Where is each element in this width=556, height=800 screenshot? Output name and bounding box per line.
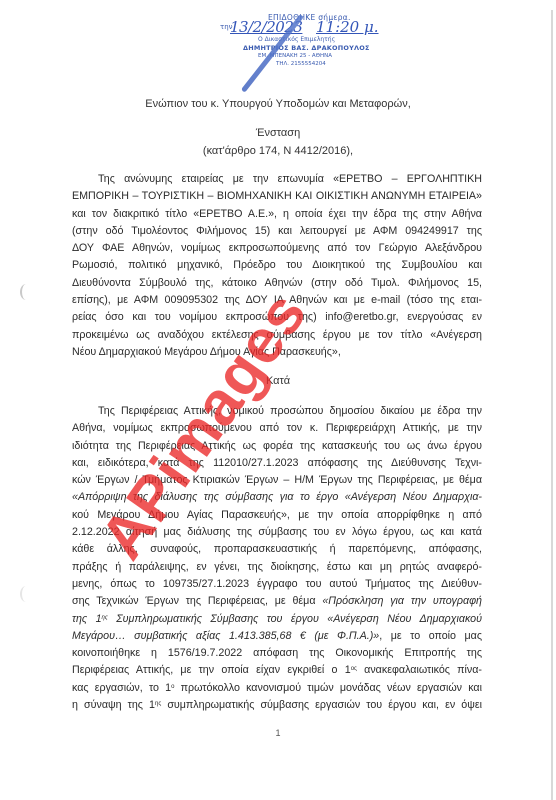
punch-hole-mark <box>20 586 32 602</box>
text-line: Περιφέρειας Αττικής, με την οποία είχαν … <box>72 662 482 679</box>
text-line: 2.12.2022 αίτησή μας διάλυσης της σύμβασ… <box>72 524 482 541</box>
text-line: Ρωμοσιό, πολιτικό μηχανικό, Πρόεδρο του … <box>72 257 482 274</box>
document-title: Ένσταση <box>0 127 556 139</box>
stamp-line-name: ΔΗΜΗΤΡΙΟΣ ΒΑΣ. ΔΡΑΚΟΠΟΥΛΟΣ <box>243 44 370 52</box>
text-line: Διευθύνοντα Σύμβουλό της, κάτοικο Αθηνών… <box>72 275 482 292</box>
text-line: Μεγάρου… συμβατικής αξίας 1.413.385,68 €… <box>72 628 482 645</box>
paragraph-petitioner: Της ανώνυμης εταιρείας με την επωνυμία «… <box>72 171 482 361</box>
text-line: ΔΟΥ ΦΑΕ Αθηνών, νομίμως εκπροσωπούμενης … <box>72 240 482 257</box>
text-line: ρείας όσο και του νομίμου εκπροσώπου της… <box>72 309 482 326</box>
text-line: κας εργασιών, το 1ο πρωτόκολλο κανονισμο… <box>72 680 482 697</box>
service-stamp: ΕΠΙΔΟΘΗΚΕ σήμερα. την 13/2/2023 11:20 μ.… <box>248 10 388 72</box>
text-line: και, ειδικότερα, κατά της 112010/27.1.20… <box>72 455 482 472</box>
text-line: κών Έργων / Τμήματος Κτιριακών Έργων – Η… <box>72 472 482 489</box>
text-line: ιδιότητα της Περιφέρειας Αττικής ως φορέ… <box>72 438 482 455</box>
text-line: η σύναψη της 1ης συμπληρωματικής σύμβαση… <box>72 697 482 714</box>
text-line: Της Περιφέρειας Αττικής, νομικού προσώπο… <box>72 403 482 420</box>
document-subtitle: (κατ'άρθρο 174, Ν 4412/2016), <box>0 145 556 157</box>
text-line: επίσης), με ΑΦΜ 009095302 της ΔΟΥ ΙΑ Αθη… <box>72 292 482 309</box>
page-number: 1 <box>0 728 556 738</box>
text-line: (στην οδό Τιμολέοντος Φιλήμονος 15) και … <box>72 223 482 240</box>
stamp-line-phone: ΤΗΛ. 2155554204 <box>276 61 326 67</box>
text-line: προκειμένω ως αναδόχου εκτέλεσης σύμβαση… <box>72 327 482 344</box>
text-line: κοινοποιήθηκε η 1576/19.7.2022 απόφαση τ… <box>72 645 482 662</box>
section-separator: Κατά <box>0 375 556 387</box>
stamp-handwritten-time: 11:20 μ. <box>316 18 379 36</box>
text-line: «Απόρριψη της διάλυσης της σύμβασης για … <box>72 489 482 506</box>
document-page: ΕΠΙΔΟΘΗΚΕ σήμερα. την 13/2/2023 11:20 μ.… <box>0 0 556 800</box>
punch-hole-mark <box>20 284 32 300</box>
addressee: Ενώπιον του κ. Υπουργού Υποδομών και Μετ… <box>0 98 556 110</box>
text-line: και τον διακριτικό τίτλο «ΕΡΕΤΒΟ Α.Ε.», … <box>72 206 482 223</box>
text-line: μενης, όπως το 109735/27.1.2023 έγγραφο … <box>72 576 482 593</box>
text-line: Της ανώνυμης εταιρείας με την επωνυμία «… <box>72 171 482 188</box>
text-line: σης Τεχνικών Έργων της Περιφέρειας, με θ… <box>72 593 482 610</box>
paragraph-respondent: Της Περιφέρειας Αττικής, νομικού προσώπο… <box>72 403 482 714</box>
text-line: της 1ης Συμπληρωματικής Σύμβασης του έργ… <box>72 611 482 628</box>
text-line: κάθε άλλης, συναφούς, προπαρασκευαστικής… <box>72 541 482 558</box>
text-line: ΕΜΠΟΡΙΚΗ – ΤΟΥΡΙΣΤΙΚΗ – ΒΙΟΜΗΧΑΝΙΚΗ ΚΑΙ … <box>72 188 482 205</box>
text-line: Αθήνα, νομίμως εκπροσωπούμενου από τον κ… <box>72 420 482 437</box>
text-line: πράξης ή παράλειψης, εν γένει, της διοίκ… <box>72 559 482 576</box>
stamp-line-bailiff: Ο Δικαστικός Επιμελητής <box>258 36 335 43</box>
text-line: κού Μεγάρου Δήμου Αγίας Παρασκευής», με … <box>72 507 482 524</box>
text-line: Νέου Δημαρχιακού Μεγάρου Δήμου Αγίας Παρ… <box>72 344 482 361</box>
